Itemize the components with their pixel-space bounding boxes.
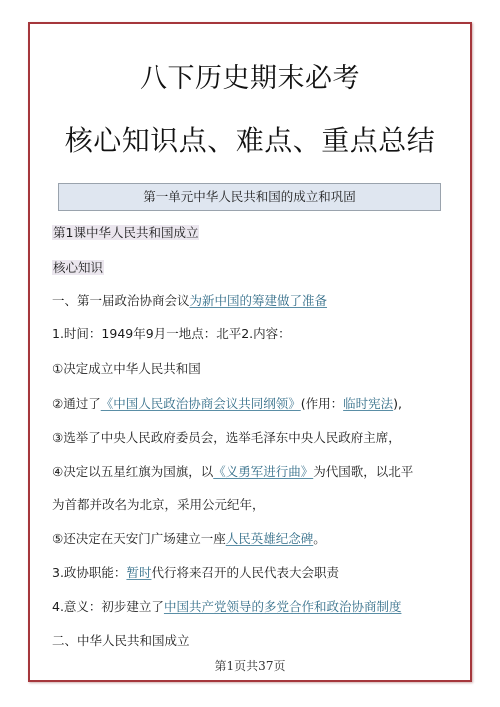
- line-text: 3.政协职能：: [52, 565, 126, 580]
- key-point-link[interactable]: 暂时: [126, 565, 151, 580]
- key-point-link[interactable]: 为新中国的筹建做了准备: [190, 293, 328, 308]
- line-text: 代行将来召开的人民代表大会职责: [151, 565, 339, 580]
- content-line-2: 1.时间：1949年9月一地点：北平2.内容：: [52, 324, 291, 344]
- line-text: 4.意义：初步建立了: [52, 599, 164, 614]
- page-number: 第1页共37页: [30, 657, 470, 674]
- line-text: ③选举了中央人民政府委员会，选举毛泽东中央人民政府主席，: [52, 430, 401, 445]
- unit-heading: 第一单元中华人民共和国的成立和巩固: [58, 183, 441, 211]
- content-line-11: 二、中华人民共和国成立: [52, 631, 190, 651]
- line-text: ②通过了: [52, 396, 101, 411]
- key-point-link[interactable]: 中国共产党领导的多党合作和政治协商制度: [164, 599, 402, 614]
- content-line-9: 3.政协职能：暂时代行将来召开的人民代表大会职责: [52, 563, 339, 583]
- section-label: 核心知识: [52, 258, 104, 278]
- key-point-link[interactable]: 人民英雄纪念碑: [226, 531, 314, 546]
- line-text: 为首都并改名为北京，采用公元纪年，: [52, 497, 265, 512]
- line-text: ⑤还决定在天安门广场建立一座: [52, 531, 226, 546]
- line-text: 。: [313, 531, 326, 546]
- line-text: 一、第一届政治协商会议: [52, 293, 190, 308]
- key-point-link[interactable]: 《义勇军进行曲》: [213, 464, 313, 479]
- section-label-text: 核心知识: [52, 260, 104, 275]
- content-line-8: ⑤还决定在天安门广场建立一座人民英雄纪念碑。: [52, 529, 326, 549]
- line-text: ④决定以五星红旗为国旗，以: [52, 464, 213, 479]
- content-line-6: ④决定以五星红旗为国旗，以《义勇军进行曲》为代国歌，以北平: [52, 462, 413, 482]
- content-line-7: 为首都并改名为北京，采用公元纪年，: [52, 495, 265, 515]
- line-text: 为代国歌，以北平: [313, 464, 413, 479]
- content-line-1: 一、第一届政治协商会议为新中国的筹建做了准备: [52, 291, 327, 311]
- line-text: 1.时间：1949年9月一地点：北平2.内容：: [52, 326, 291, 341]
- document-title: 八下历史期末必考: [30, 56, 470, 95]
- lesson-heading-text: 第1课中华人民共和国成立: [52, 225, 199, 240]
- content-line-3: ①决定成立中华人民共和国: [52, 359, 201, 379]
- key-point-link[interactable]: 临时宪法: [343, 396, 393, 411]
- document-subtitle: 核心知识点、难点、重点总结: [30, 119, 470, 159]
- content-line-5: ③选举了中央人民政府委员会，选举毛泽东中央人民政府主席，: [52, 428, 401, 448]
- line-text: 二、中华人民共和国成立: [52, 633, 190, 648]
- document-page: 八下历史期末必考 核心知识点、难点、重点总结 第一单元中华人民共和国的成立和巩固…: [28, 22, 472, 682]
- key-point-link[interactable]: 《中国人民政治协商会议共同纲领》: [101, 396, 301, 411]
- lesson-heading: 第1课中华人民共和国成立: [52, 223, 199, 243]
- content-line-10: 4.意义：初步建立了中国共产党领导的多党合作和政治协商制度: [52, 597, 401, 617]
- line-text: (作用：: [301, 396, 343, 411]
- content-line-4: ②通过了《中国人民政治协商会议共同纲领》(作用：临时宪法),: [52, 394, 402, 414]
- line-text: ),: [393, 396, 402, 411]
- line-text: ①决定成立中华人民共和国: [52, 361, 201, 376]
